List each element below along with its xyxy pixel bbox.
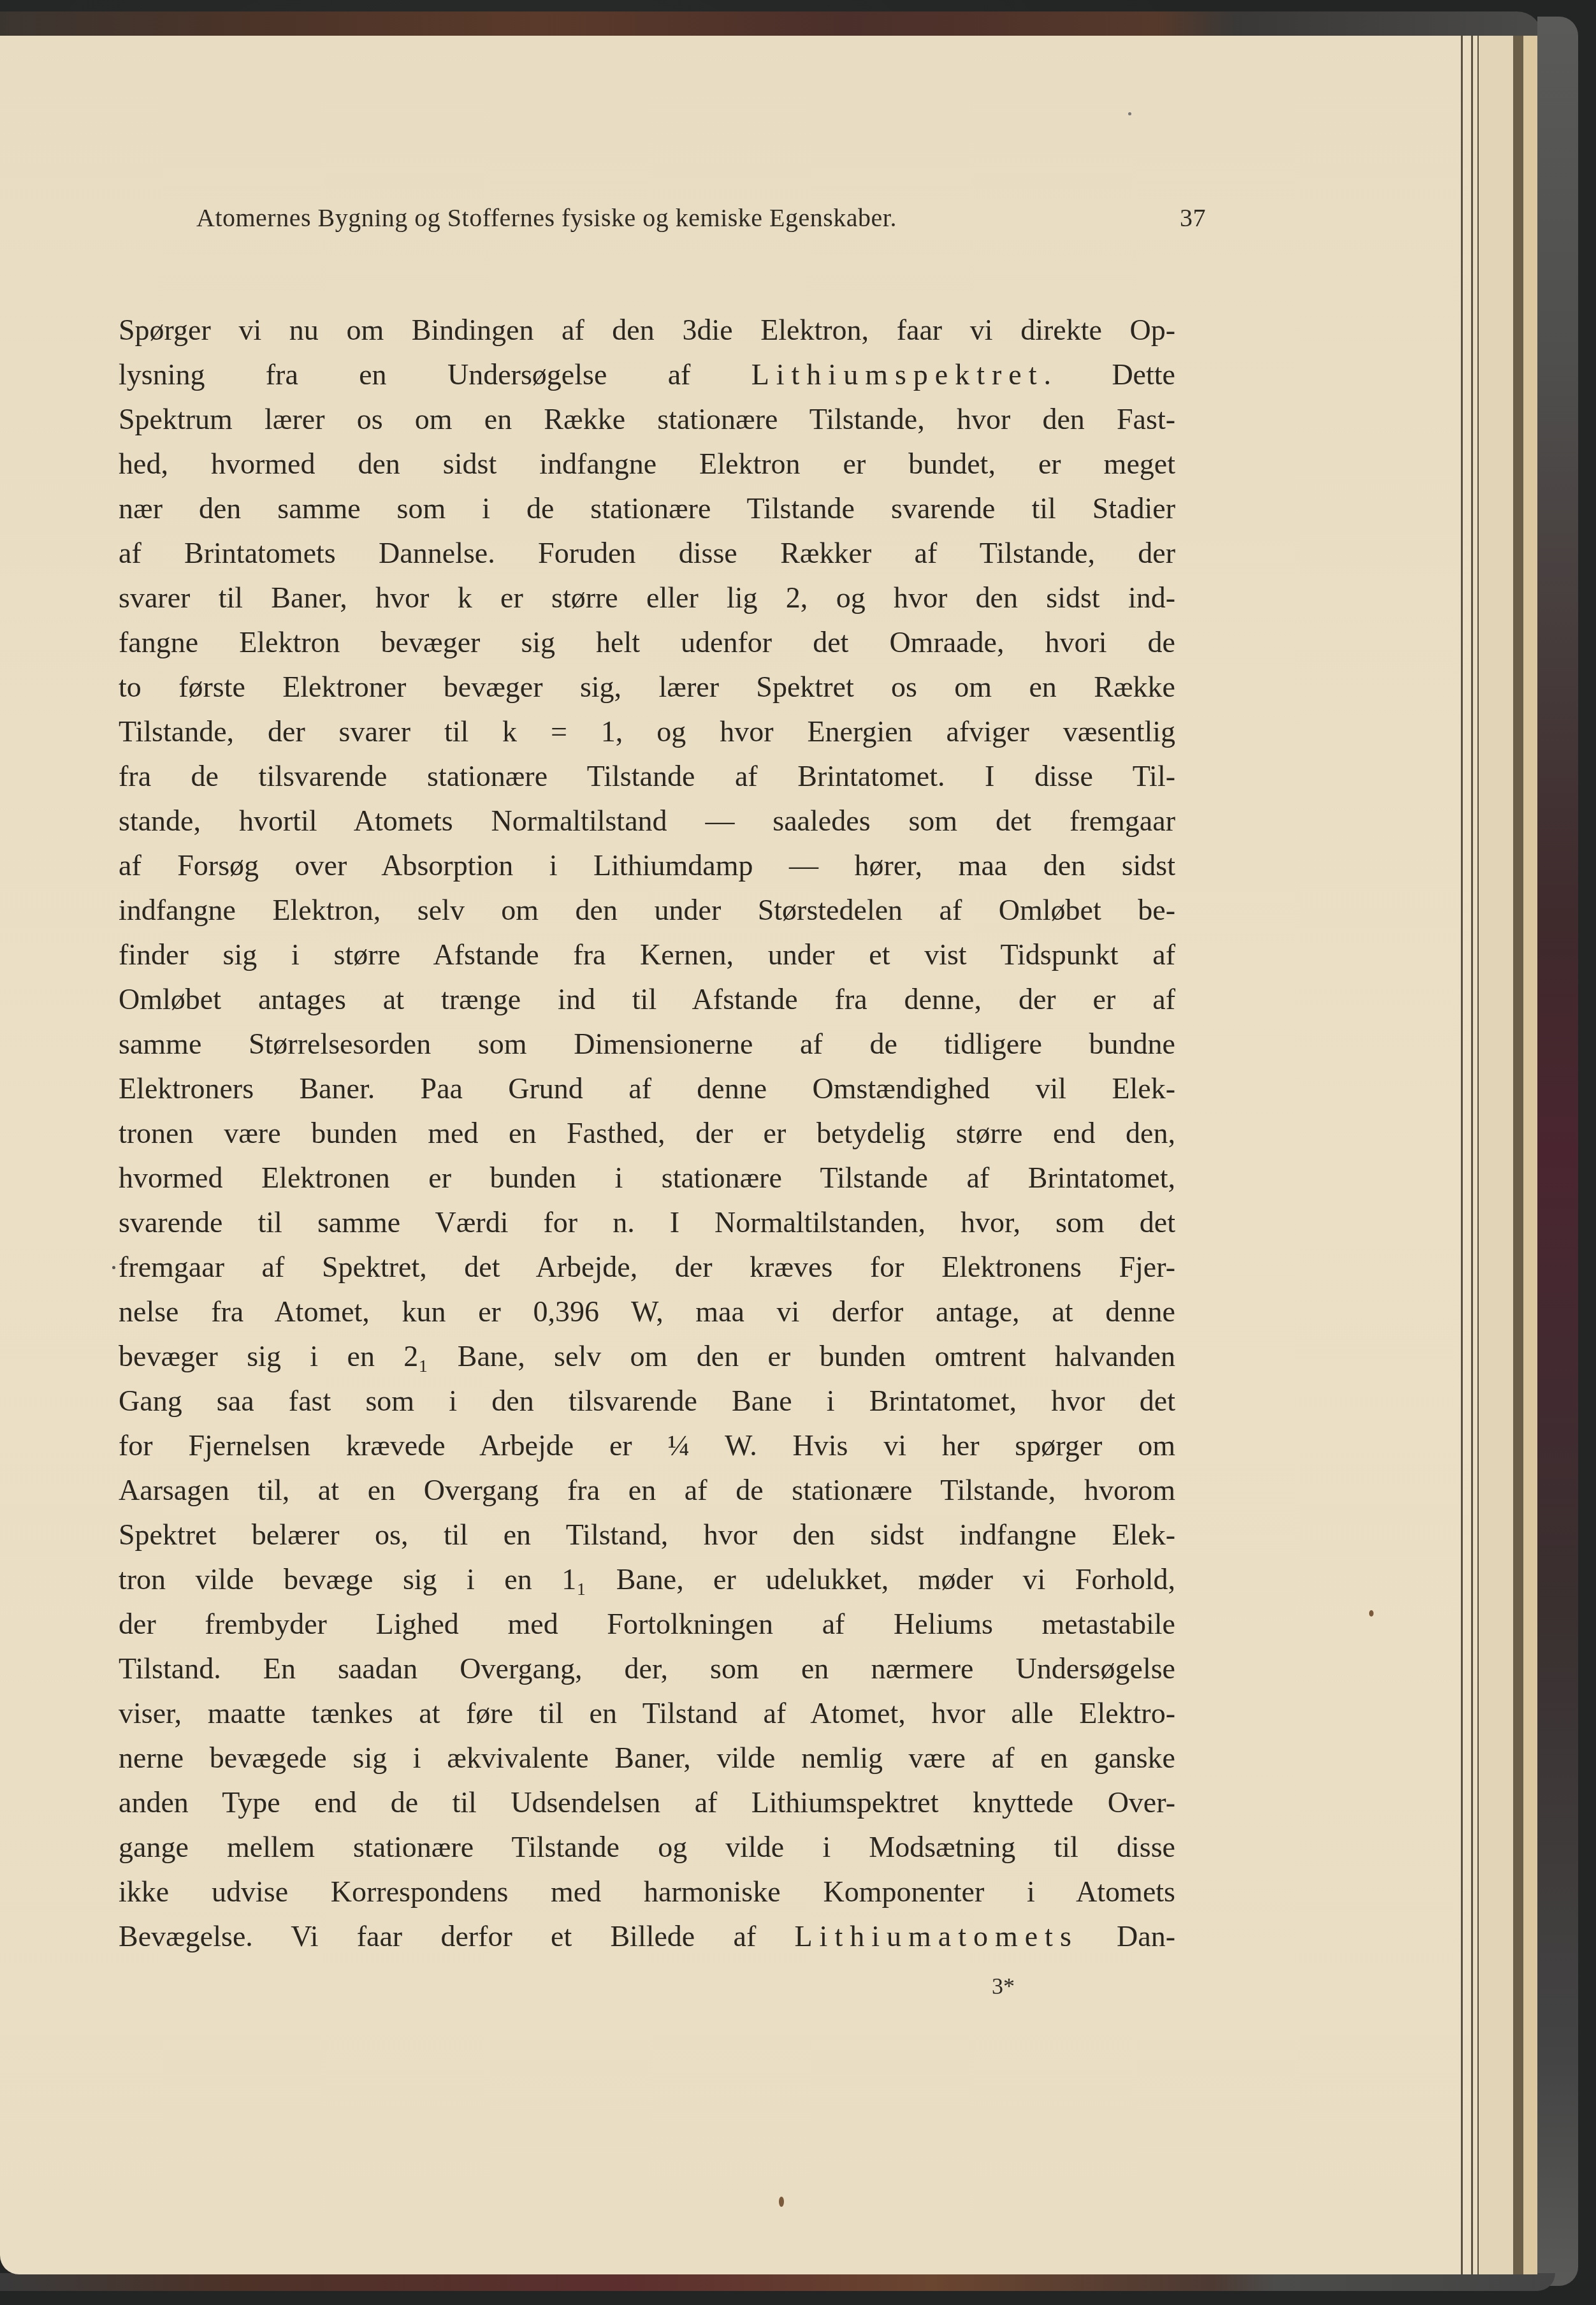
text-line: svarer til Baner, hvor k er større eller…: [119, 576, 1175, 620]
page-number: 37: [1180, 203, 1206, 233]
paper-speck: [1369, 1610, 1374, 1617]
text-line: af Brintatomets Dannelse. Foruden disse …: [119, 531, 1175, 576]
paper-speck: [112, 1266, 115, 1269]
text-line: fangne Elektron bevæger sig helt udenfor…: [119, 620, 1175, 665]
page-stack-edges: [1461, 36, 1537, 2274]
book-top-edge: [0, 11, 1542, 38]
text-line: nelse fra Atomet, kun er 0,396 W, maa vi…: [119, 1290, 1175, 1334]
text-line: Aarsagen til, at en Overgang fra en af d…: [119, 1468, 1175, 1513]
signature-mark: 3*: [992, 1973, 1015, 2000]
text-line: hvormed Elektronen er bunden i stationær…: [119, 1156, 1175, 1200]
text-line: Bevægelse. Vi faar derfor et Billede af …: [119, 1914, 1175, 1959]
text-line: tronen være bunden med en Fasthed, der e…: [119, 1111, 1175, 1156]
text-line: Spørger vi nu om Bindingen af den 3die E…: [119, 308, 1175, 353]
spaced-emphasis: Lithiumatomets: [795, 1920, 1078, 1952]
body-text: Spørger vi nu om Bindingen af den 3die E…: [119, 308, 1175, 1959]
text-line: bevæger sig i en 2₁ Bane, selv om den er…: [119, 1334, 1175, 1379]
text-line: lysning fra en Undersøgelse af Lithiumsp…: [119, 353, 1175, 397]
text-line: samme Størrelsesorden som Dimensionerne …: [119, 1022, 1175, 1066]
paper-speck: [1128, 112, 1131, 115]
text-line: af Forsøg over Absorption i Lithiumdamp …: [119, 843, 1175, 888]
book-spine-cloth: [1537, 17, 1578, 2286]
text-line: fra de tilsvarende stationære Tilstande …: [119, 754, 1175, 799]
text-line: hed, hvormed den sidst indfangne Elektro…: [119, 442, 1175, 486]
text-line: der frembyder Lighed med Fortolkningen a…: [119, 1602, 1175, 1647]
text-line: finder sig i større Afstande fra Kernen,…: [119, 933, 1175, 977]
text-line: Elektroners Baner. Paa Grund af denne Om…: [119, 1066, 1175, 1111]
text-line: ikke udvise Korrespondens med harmoniske…: [119, 1870, 1175, 1914]
running-head: Atomernes Bygning og Stoffernes fysiske …: [196, 203, 1206, 241]
text-line: nær den samme som i de stationære Tilsta…: [119, 486, 1175, 531]
text-line: tron vilde bevæge sig i en 1₁ Bane, er u…: [119, 1557, 1175, 1602]
text-line: indfangne Elektron, selv om den under St…: [119, 888, 1175, 933]
running-title: Atomernes Bygning og Stoffernes fysiske …: [196, 203, 897, 233]
text-line: Spektrum lærer os om en Række stationære…: [119, 397, 1175, 442]
text-line: stande, hvortil Atomets Normaltilstand —…: [119, 799, 1175, 843]
text-line: fremgaar af Spektret, det Arbejde, der k…: [119, 1245, 1175, 1290]
text-line: Tilstande, der svarer til k = 1, og hvor…: [119, 709, 1175, 754]
spaced-emphasis: Lithiumspektret: [751, 358, 1044, 391]
text-line: Gang saa fast som i den tilsvarende Bane…: [119, 1379, 1175, 1423]
text-line: viser, maatte tænkes at føre til en Tils…: [119, 1691, 1175, 1736]
text-line: nerne bevægede sig i ækvivalente Baner, …: [119, 1736, 1175, 1780]
book-page: Atomernes Bygning og Stoffernes fysiske …: [0, 36, 1537, 2274]
text-line: to første Elektroner bevæger sig, lærer …: [119, 665, 1175, 709]
text-line: Tilstand. En saadan Overgang, der, som e…: [119, 1647, 1175, 1691]
text-line: svarende til samme Værdi for n. I Normal…: [119, 1200, 1175, 1245]
text-line: Spektret belærer os, til en Tilstand, hv…: [119, 1513, 1175, 1557]
text-line: gange mellem stationære Tilstande og vil…: [119, 1825, 1175, 1870]
book-bottom-edge: [0, 2273, 1555, 2291]
text-line: Omløbet antages at trænge ind til Afstan…: [119, 977, 1175, 1022]
text-line: for Fjernelsen krævede Arbejde er ¼ W. H…: [119, 1423, 1175, 1468]
text-line: anden Type end de til Udsendelsen af Lit…: [119, 1780, 1175, 1825]
paper-speck: [779, 2197, 784, 2207]
